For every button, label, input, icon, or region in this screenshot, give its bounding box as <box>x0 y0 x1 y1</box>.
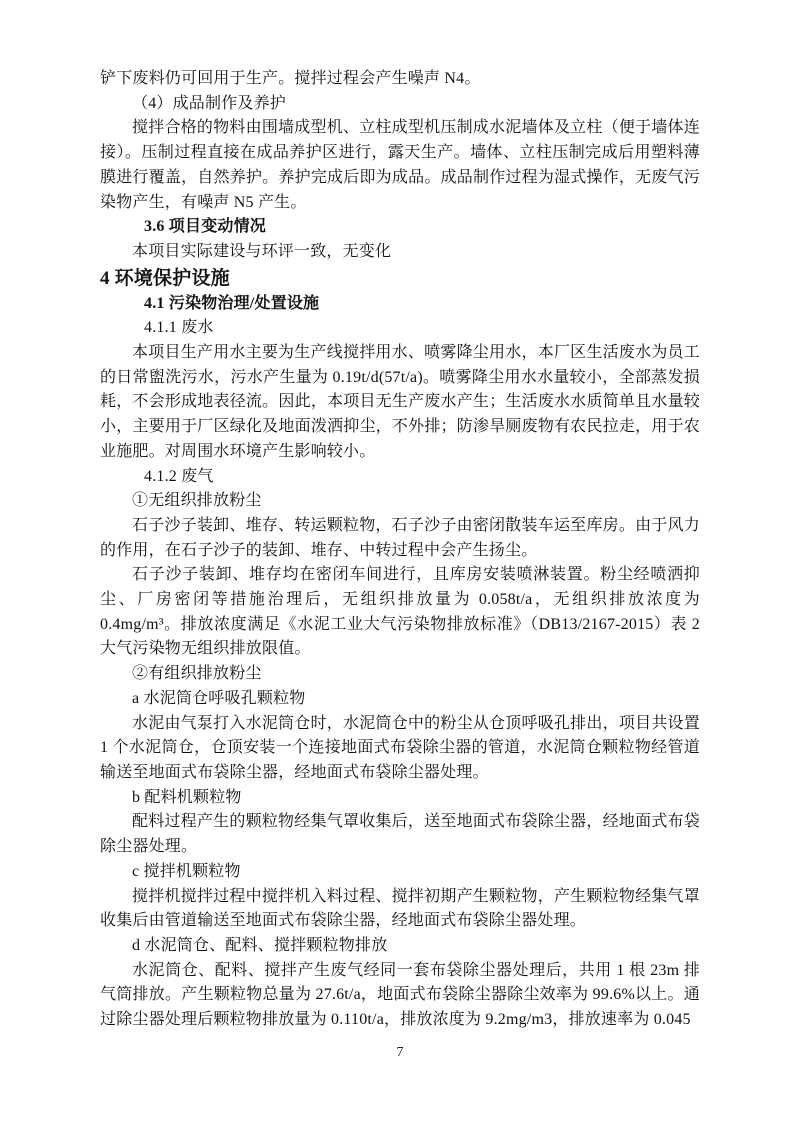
paragraph: 石子沙子装卸、堆存、转运颗粒物，石子沙子由密闭散装车运至库房。由于风力的作用，在… <box>100 514 700 563</box>
paragraph: ②有组织排放粉尘 <box>100 662 700 687</box>
paragraph: 配料过程产生的颗粒物经集气罩收集后，送至地面式布袋除尘器，经地面式布袋除尘器处理… <box>100 810 700 859</box>
paragraph: 本项目实际建设与环评一致，无变化 <box>100 240 700 265</box>
page-number: 7 <box>0 1045 800 1061</box>
paragraph: 搅拌合格的物料由围墙成型机、立柱成型机压制成水泥墙体及立柱（便于墙体连接）。压制… <box>100 116 700 215</box>
paragraph: b 配料机颗粒物 <box>100 786 700 811</box>
section-heading: 3.6 项目变动情况 <box>100 215 700 240</box>
paragraph: d 水泥筒仓、配料、搅拌颗粒物排放 <box>100 934 700 959</box>
paragraph: 水泥由气泵打入水泥筒仓时，水泥筒仓中的粉尘从仓顶呼吸孔排出，项目共设置 1 个水… <box>100 712 700 786</box>
paragraph: 石子沙子装卸、堆存均在密闭车间进行，且库房安装喷淋装置。粉尘经喷洒抑尘、厂房密闭… <box>100 563 700 662</box>
paragraph: c 搅拌机颗粒物 <box>100 860 700 885</box>
paragraph: 水泥筒仓、配料、搅拌产生废气经同一套布袋除尘器处理后，共用 1 根 23m 排气… <box>100 959 700 1033</box>
document-body: 铲下废料仍可回用于生产。搅拌过程会产生噪声 N4。（4）成品制作及养护搅拌合格的… <box>100 67 700 1033</box>
paragraph: 铲下废料仍可回用于生产。搅拌过程会产生噪声 N4。 <box>100 67 700 92</box>
section-heading: 4.1.2 废气 <box>100 465 700 490</box>
paragraph: ①无组织排放粉尘 <box>100 489 700 514</box>
document-page: 铲下废料仍可回用于生产。搅拌过程会产生噪声 N4。（4）成品制作及养护搅拌合格的… <box>0 0 800 1131</box>
paragraph: 本项目生产用水主要为生产线搅拌用水、喷雾降尘用水，本厂区生活废水为员工的日常盥洗… <box>100 341 700 465</box>
section-heading: 4 环境保护设施 <box>100 265 700 292</box>
paragraph: a 水泥筒仓呼吸孔颗粒物 <box>100 687 700 712</box>
section-heading: 4.1 污染物治理/处置设施 <box>100 292 700 317</box>
paragraph: （4）成品制作及养护 <box>100 92 700 117</box>
paragraph: 搅拌机搅拌过程中搅拌机入料过程、搅拌初期产生颗粒物，产生颗粒物经集气罩收集后由管… <box>100 885 700 934</box>
section-heading: 4.1.1 废水 <box>100 316 700 341</box>
